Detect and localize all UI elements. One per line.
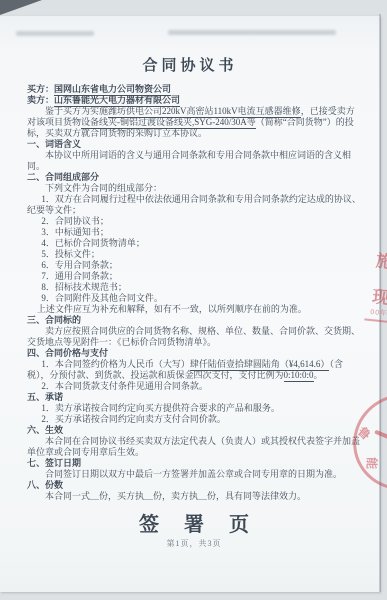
contract-body: 买方：国网山东省电力公司物资公司 卖方：山东鲁能光大电力器材有限公司 鉴于买方为…	[27, 84, 361, 549]
section-3-body: 卖方应按照合同供应的合同货物名称、规格、单位、数量、合同价款、交货期、交货地点等…	[27, 326, 361, 348]
section-5-p1: 1．卖方承诺按合同约定向买方提供符合要求的产品和服务。	[27, 403, 361, 414]
bleed-through-artifact	[16, 31, 94, 36]
section-3-heading: 三、合同标的	[27, 315, 361, 326]
page-number: 第1页，共3页	[27, 538, 361, 549]
contract-component-item: 8．招标技术规范书；	[27, 282, 361, 293]
seller-name: 山东鲁能光大电力器材有限公司	[54, 95, 180, 107]
document-title: 合同协议书	[0, 54, 380, 75]
price-text: 。	[314, 370, 323, 380]
buyer-name: 国网山东省电力公司物资公司	[54, 84, 171, 96]
section-2-note: 上述文件应互为补充和解释，如有不一致，以所列顺序在前的为准。	[27, 304, 361, 315]
buyer-label: 买方：	[27, 84, 54, 94]
section-7-heading: 七、签订日期	[27, 458, 361, 469]
seal-stroke	[374, 430, 387, 445]
section-7-body: 合同签订日期以双方中最后一方签署并加盖公章或合同专用章的日期为准。	[27, 469, 361, 480]
price-amount-numeric: （¥4,614.6）	[280, 359, 330, 371]
contract-price-line: 1．本合同签约价格为人民币（大写）肆仟陆佰壹拾肆圆陆角（¥4,614.6）（含税…	[27, 359, 361, 381]
payment-ratio: 0:10:0:0	[284, 370, 314, 382]
section-6-heading: 六、生效	[27, 425, 361, 436]
section-1-heading: 一、词语含义	[27, 139, 361, 150]
buyer-line: 买方：国网山东省电力公司物资公司	[27, 84, 361, 95]
contract-component-item: 1．双方在合同履行过程中依法依通用合同条款和专用合同条款约定达成的协议、纪要等文…	[27, 194, 361, 216]
seller-line: 卖方：山东鲁能光大电力器材有限公司	[27, 95, 361, 106]
contract-component-item: 3．中标通知书；	[27, 227, 361, 238]
scanned-contract-page: 合同协议书 买方：国网山东省电力公司物资公司 卖方：山东鲁能光大电力器材有限公司…	[0, 0, 387, 600]
section-2-heading: 二、合同组成部分	[27, 172, 361, 183]
intro-text: 鉴于买方为实施	[45, 106, 108, 116]
section-6-body: 本合同在合同协议书经买卖双方法定代表人（负责人）或其授权代表签字并加盖单位章或合…	[27, 436, 361, 458]
contract-component-item: 4．已标价合同货物清单；	[27, 238, 361, 249]
section-1-body: 本协议中所用词语的含义与通用合同条款和专用合同条款中相应词语的含义相同。	[27, 150, 361, 172]
seal-character: 能	[363, 457, 380, 470]
section-5-p2: 2．买方承诺按合同约定向卖方支付合同价款。	[27, 414, 361, 425]
contract-component-item: 5．投标文件；	[27, 249, 361, 260]
seller-label: 卖方：	[27, 95, 54, 105]
contract-component-item: 7．通用合同条款；	[27, 271, 361, 282]
intro-paragraph: 鉴于买方为实施潍坊供电公司220kV高密站110kV电流互感器维修，已接受卖方对…	[27, 106, 361, 139]
section-4-p2: 2．本合同货款支付条件见通用合同条款。	[27, 381, 361, 392]
price-amount-chinese: 肆仟陆佰壹拾肆圆陆角	[190, 359, 280, 371]
scan-top-band-artifact	[0, 0, 387, 16]
goods-name: 设备线夹-铜铝过渡设备线夹,SYG-240/30A等	[81, 117, 256, 129]
project-name: 潍坊供电公司220kV高密站110kV电流互感器维修	[108, 106, 301, 118]
price-text: 1．本合同签约价格为人民币（大写）	[41, 359, 190, 369]
scan-corner-artifact	[0, 0, 42, 15]
section-5-heading: 五、承诺	[27, 392, 361, 403]
section-2-lead: 下列文件为合同的组成部分：	[27, 183, 361, 194]
contract-component-item: 9．合同附件及其他合同文件。	[27, 293, 361, 304]
contract-component-item: 2．合同协议书；	[27, 216, 361, 227]
signature-page-title: 签 署 页	[27, 520, 361, 531]
section-4-heading: 四、合同价格与支付	[27, 348, 361, 359]
contract-component-item: 6．专用合同条款；	[27, 260, 361, 271]
seal-character: 鲁	[354, 423, 374, 444]
section-8-body: 本合同一式＿份，买方执＿份，卖方执＿份，具有同等法律效力。	[27, 491, 361, 502]
section-8-heading: 八、份数	[27, 480, 361, 491]
bleed-through-artifact	[168, 30, 336, 35]
